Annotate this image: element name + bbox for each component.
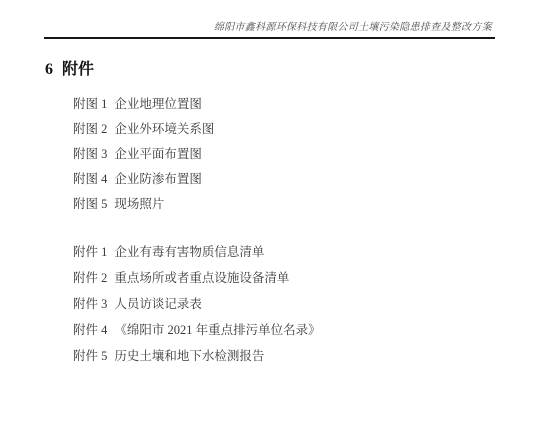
figure-list-item: 附图 3企业平面布置图 [73, 142, 536, 167]
section-title: 附件 [62, 61, 94, 78]
attachment-item-title: 重点场所或者重点设施设备清单 [114, 271, 289, 285]
attachment-item-title: 企业有毒有害物质信息清单 [114, 245, 264, 259]
figure-item-title: 企业防渗布置图 [114, 172, 202, 186]
attachment-item-title: 人员访谈记录表 [114, 297, 202, 311]
document-page: 绵阳市鑫科源环保科技有限公司土壤污染隐患排查及整改方案 6附件 附图 1企业地理… [0, 0, 556, 434]
attachment-item-label: 附件 2 [73, 271, 107, 285]
attachment-list-item: 附件 4《绵阳市 2021 年重点排污单位名录》 [73, 317, 536, 343]
section-heading: 6附件 [45, 60, 94, 80]
attachment-list: 附件 1企业有毒有害物质信息清单 附件 2重点场所或者重点设施设备清单 附件 3… [73, 239, 536, 369]
figure-item-label: 附图 2 [73, 122, 107, 136]
attachment-item-label: 附件 1 [73, 245, 107, 259]
figure-list: 附图 1企业地理位置图 附图 2企业外环境关系图 附图 3企业平面布置图 附图 … [73, 92, 536, 217]
attachment-item-label: 附件 5 [73, 349, 107, 363]
attachment-list-item: 附件 2重点场所或者重点设施设备清单 [73, 265, 536, 291]
figure-item-title: 现场照片 [114, 197, 164, 211]
attachment-list-item: 附件 1企业有毒有害物质信息清单 [73, 239, 536, 265]
figure-item-title: 企业平面布置图 [114, 147, 202, 161]
attachment-item-label: 附件 4 [73, 323, 107, 337]
figure-list-item: 附图 2企业外环境关系图 [73, 117, 536, 142]
running-head-title: 绵阳市鑫科源环保科技有限公司土壤污染隐患排查及整改方案 [44, 21, 492, 35]
section-number: 6 [45, 61, 53, 78]
figure-list-item: 附图 1企业地理位置图 [73, 92, 536, 117]
figure-list-item: 附图 4企业防渗布置图 [73, 167, 536, 192]
figure-item-label: 附图 5 [73, 197, 107, 211]
attachment-item-label: 附件 3 [73, 297, 107, 311]
figure-item-title: 企业外环境关系图 [114, 122, 214, 136]
figure-item-title: 企业地理位置图 [114, 97, 202, 111]
figure-list-item: 附图 5现场照片 [73, 192, 536, 217]
header-divider [44, 37, 495, 39]
figure-item-label: 附图 3 [73, 147, 107, 161]
attachment-item-title: 《绵阳市 2021 年重点排污单位名录》 [114, 323, 320, 337]
attachment-list-item: 附件 3人员访谈记录表 [73, 291, 536, 317]
attachment-item-title: 历史土壤和地下水检测报告 [114, 349, 264, 363]
figure-item-label: 附图 4 [73, 172, 107, 186]
attachment-list-item: 附件 5历史土壤和地下水检测报告 [73, 343, 536, 369]
figure-item-label: 附图 1 [73, 97, 107, 111]
